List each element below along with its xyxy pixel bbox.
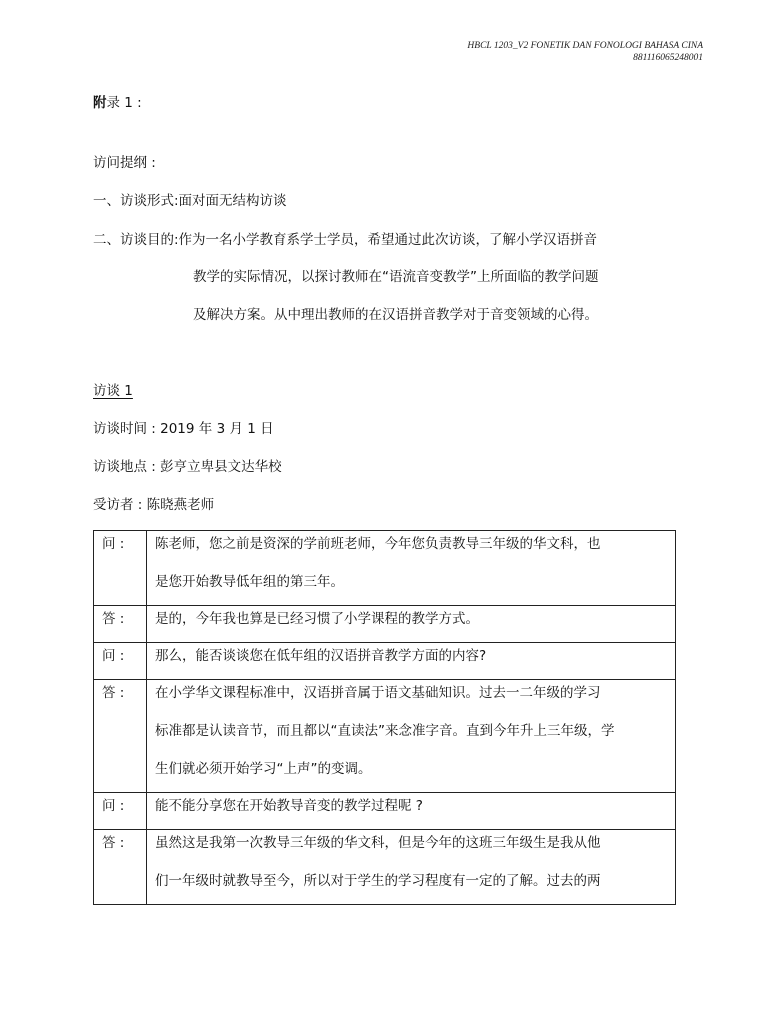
content-cell: 那么，能否谈谈您在低年组的汉语拼音教学方面的内容? xyxy=(147,643,676,680)
interview-time: 访谈时间 : 2019 年 3 月 1 日 xyxy=(93,420,274,438)
appendix-title: 附录 1 : xyxy=(93,94,142,112)
student-id: 881116065248001 xyxy=(467,52,703,64)
outline-item-purpose: 二、访谈目的:作为一名小学教育系学士学员，希望通过此次访谈，了解小学汉语拼音 xyxy=(93,231,597,249)
speaker-cell: 答 : xyxy=(94,680,147,793)
table-row: 问 :陈老师，您之前是资深的学前班老师，今年您负责教导三年级的华文科，也是您开始… xyxy=(94,531,676,606)
content-line: 标准都是认读音节，而且都以“直读法”来念准字音。直到今年升上三年级，学 xyxy=(155,722,675,740)
interview-place: 访谈地点 : 彭亨立卑县文达华校 xyxy=(93,458,282,476)
speaker-cell: 问 : xyxy=(94,643,147,680)
qa-table-body: 问 :陈老师，您之前是资深的学前班老师，今年您负责教导三年级的华文科，也是您开始… xyxy=(94,531,676,905)
table-row: 问 :那么，能否谈谈您在低年组的汉语拼音教学方面的内容? xyxy=(94,643,676,680)
speaker-cell: 问 : xyxy=(94,793,147,830)
content-line: 虽然这是我第一次教导三年级的华文科，但是今年的这班三年级生是我从他 xyxy=(155,834,675,852)
content-line: 陈老师，您之前是资深的学前班老师，今年您负责教导三年级的华文科，也 xyxy=(155,535,675,553)
table-row: 答 :虽然这是我第一次教导三年级的华文科，但是今年的这班三年级生是我从他们一年级… xyxy=(94,830,676,905)
content-line: 是的，今年我也算是已经习惯了小学课程的教学方式。 xyxy=(155,610,675,628)
qa-table: 问 :陈老师，您之前是资深的学前班老师，今年您负责教导三年级的华文科，也是您开始… xyxy=(93,530,676,905)
content-cell: 陈老师，您之前是资深的学前班老师，今年您负责教导三年级的华文科，也是您开始教导低… xyxy=(147,531,676,606)
content-cell: 虽然这是我第一次教导三年级的华文科，但是今年的这班三年级生是我从他们一年级时就教… xyxy=(147,830,676,905)
content-line: 在小学华文课程标准中，汉语拼音属于语文基础知识。过去一二年级的学习 xyxy=(155,684,675,702)
content-cell: 在小学华文课程标准中，汉语拼音属于语文基础知识。过去一二年级的学习标准都是认读音… xyxy=(147,680,676,793)
course-title: HBCL 1203_V2 FONETIK DAN FONOLOGI BAHASA… xyxy=(467,40,703,52)
interviewee: 受访者 : 陈晓燕老师 xyxy=(93,496,214,514)
outline-item-purpose-cont: 及解决方案。从中理出教师的在汉语拼音教学对于音变领域的心得。 xyxy=(193,306,598,324)
content-line: 是您开始教导低年组的第三年。 xyxy=(155,573,675,591)
interview-title: 访谈 1 xyxy=(93,382,133,400)
table-row: 问 :能不能分享您在开始教导音变的教学过程呢 ? xyxy=(94,793,676,830)
speaker-cell: 答 : xyxy=(94,830,147,905)
content-line: 们一年级时就教导至今，所以对于学生的学习程度有一定的了解。过去的两 xyxy=(155,872,675,890)
outline-title: 访问提纲 : xyxy=(93,154,156,172)
appendix-title-bold: 附 xyxy=(93,95,107,111)
page-header: HBCL 1203_V2 FONETIK DAN FONOLOGI BAHASA… xyxy=(467,40,703,64)
speaker-cell: 答 : xyxy=(94,606,147,643)
speaker-cell: 问 : xyxy=(94,531,147,606)
outline-item-format: 一、访谈形式:面对面无结构访谈 xyxy=(93,192,287,210)
content-line: 能不能分享您在开始教导音变的教学过程呢 ? xyxy=(155,797,675,815)
outline-item-purpose-cont: 教学的实际情况，以探讨教师在“语流音变教学”上所面临的教学问题 xyxy=(193,268,599,286)
content-cell: 能不能分享您在开始教导音变的教学过程呢 ? xyxy=(147,793,676,830)
table-row: 答 :在小学华文课程标准中，汉语拼音属于语文基础知识。过去一二年级的学习标准都是… xyxy=(94,680,676,793)
appendix-title-rest: 录 1 : xyxy=(107,95,142,111)
content-line: 生们就必须开始学习“上声”的变调。 xyxy=(155,760,675,778)
table-row: 答 :是的，今年我也算是已经习惯了小学课程的教学方式。 xyxy=(94,606,676,643)
content-line: 那么，能否谈谈您在低年组的汉语拼音教学方面的内容? xyxy=(155,647,675,665)
content-cell: 是的，今年我也算是已经习惯了小学课程的教学方式。 xyxy=(147,606,676,643)
